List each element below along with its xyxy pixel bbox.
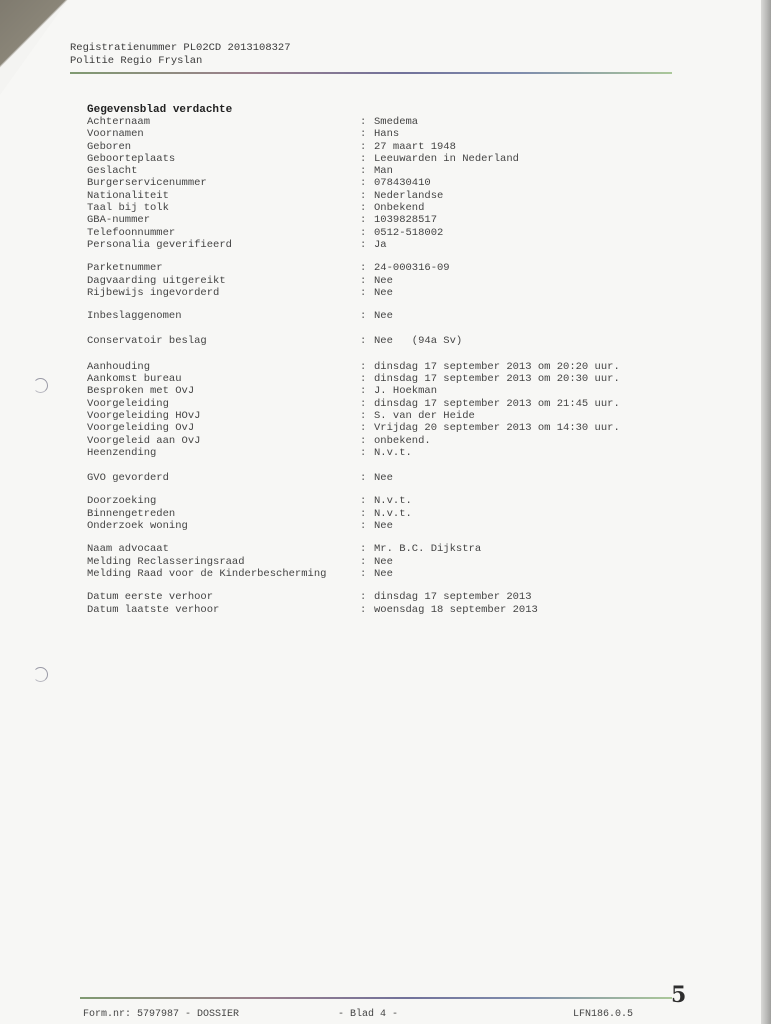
document-header: Registratienummer PL02CD 2013108327 Poli… <box>70 42 291 68</box>
field-value: 27 maart 1948 <box>374 141 456 153</box>
field-row: GVO gevorderd:Nee <box>87 472 687 484</box>
section-title: Gegevensblad verdachte <box>87 104 232 116</box>
field-value: dinsdag 17 september 2013 om 21:45 uur. <box>374 398 620 410</box>
field-separator: : <box>360 447 374 459</box>
scan-shadow-edge <box>761 0 771 1024</box>
field-separator: : <box>360 591 374 603</box>
field-separator: : <box>360 202 374 214</box>
field-label: Heenzending <box>87 447 360 459</box>
group-spacer <box>87 348 687 361</box>
field-value: J. Hoekman <box>374 385 437 397</box>
field-separator: : <box>360 568 374 580</box>
field-separator: : <box>360 287 374 299</box>
field-separator: : <box>360 556 374 568</box>
field-row: Naam advocaat:Mr. B.C. Dijkstra <box>87 543 687 555</box>
field-separator: : <box>360 165 374 177</box>
field-value: Nederlandse <box>374 190 443 202</box>
field-row: Datum eerste verhoor:dinsdag 17 septembe… <box>87 591 687 603</box>
field-value: N.v.t. <box>374 495 412 507</box>
punch-hole-icon <box>33 667 48 682</box>
field-label: Voorgeleiding <box>87 398 360 410</box>
group-spacer <box>87 580 687 591</box>
field-label: Geboren <box>87 141 360 153</box>
field-separator: : <box>360 335 374 347</box>
field-label: Voorgeleiding HOvJ <box>87 410 360 422</box>
field-value: Smedema <box>374 116 418 128</box>
field-value: Onbekend <box>374 202 424 214</box>
form-number: Form.nr: 5797987 - DOSSIER <box>83 1009 239 1020</box>
field-row: Geboorteplaats:Leeuwarden in Nederland <box>87 153 687 165</box>
field-row: Onderzoek woning:Nee <box>87 520 687 532</box>
field-separator: : <box>360 227 374 239</box>
field-separator: : <box>360 422 374 434</box>
field-value: Nee <box>374 310 393 322</box>
field-label: Voornamen <box>87 128 360 140</box>
field-value: dinsdag 17 september 2013 <box>374 591 532 603</box>
field-separator: : <box>360 495 374 507</box>
field-row: Conservatoir beslag:Nee (94a Sv) <box>87 335 687 347</box>
field-row: GBA-nummer:1039828517 <box>87 214 687 226</box>
field-row: Geslacht:Man <box>87 165 687 177</box>
field-label: Inbeslaggenomen <box>87 310 360 322</box>
field-row: Aankomst bureau:dinsdag 17 september 201… <box>87 373 687 385</box>
field-label: Dagvaarding uitgereikt <box>87 275 360 287</box>
group-spacer <box>87 532 687 543</box>
field-separator: : <box>360 385 374 397</box>
group-spacer <box>87 251 687 262</box>
field-row: Voorgeleid aan OvJ:onbekend. <box>87 435 687 447</box>
group-spacer <box>87 322 687 335</box>
field-label: Datum eerste verhoor <box>87 591 360 603</box>
field-separator: : <box>360 262 374 274</box>
group-spacer <box>87 299 687 310</box>
field-label: Parketnummer <box>87 262 360 274</box>
field-value: Nee <box>374 568 393 580</box>
field-separator: : <box>360 275 374 287</box>
field-row: Heenzending:N.v.t. <box>87 447 687 459</box>
field-row: Achternaam:Smedema <box>87 116 687 128</box>
field-label: Binnengetreden <box>87 508 360 520</box>
sheet-number: - Blad 4 - <box>338 1009 398 1020</box>
handwritten-page-number: 5 <box>671 982 686 1008</box>
field-row: Personalia geverifieerd:Ja <box>87 239 687 251</box>
header-divider <box>70 72 672 74</box>
field-row: Besproken met OvJ:J. Hoekman <box>87 385 687 397</box>
field-row: Melding Raad voor de Kinderbescherming:N… <box>87 568 687 580</box>
field-row: Dagvaarding uitgereikt:Nee <box>87 275 687 287</box>
field-label: Rijbewijs ingevorderd <box>87 287 360 299</box>
field-label: Besproken met OvJ <box>87 385 360 397</box>
field-label: Aankomst bureau <box>87 373 360 385</box>
field-value: Mr. B.C. Dijkstra <box>374 543 481 555</box>
field-value: onbekend. <box>374 435 431 447</box>
field-label: Datum laatste verhoor <box>87 604 360 616</box>
field-value: dinsdag 17 september 2013 om 20:20 uur. <box>374 361 620 373</box>
field-separator: : <box>360 239 374 251</box>
suspect-data-fields: Achternaam:SmedemaVoornamen:HansGeboren:… <box>87 116 687 616</box>
field-label: Geboorteplaats <box>87 153 360 165</box>
field-value: S. van der Heide <box>374 410 475 422</box>
field-label: Voorgeleiding OvJ <box>87 422 360 434</box>
field-label: Conservatoir beslag <box>87 335 360 347</box>
field-label: Onderzoek woning <box>87 520 360 532</box>
field-label: Melding Reclasseringsraad <box>87 556 360 568</box>
field-row: Binnengetreden:N.v.t. <box>87 508 687 520</box>
field-label: Nationaliteit <box>87 190 360 202</box>
field-separator: : <box>360 214 374 226</box>
field-separator: : <box>360 604 374 616</box>
field-label: Achternaam <box>87 116 360 128</box>
field-separator: : <box>360 116 374 128</box>
field-separator: : <box>360 435 374 447</box>
field-separator: : <box>360 177 374 189</box>
organization-name: Politie Regio Fryslan <box>70 55 291 68</box>
punch-hole-icon <box>33 378 48 393</box>
field-value: Vrijdag 20 september 2013 om 14:30 uur. <box>374 422 620 434</box>
field-separator: : <box>360 128 374 140</box>
field-label: Aanhouding <box>87 361 360 373</box>
field-label: Burgerservicenummer <box>87 177 360 189</box>
field-separator: : <box>360 310 374 322</box>
field-row: Doorzoeking:N.v.t. <box>87 495 687 507</box>
field-separator: : <box>360 520 374 532</box>
field-value: Nee <box>374 520 393 532</box>
field-label: Naam advocaat <box>87 543 360 555</box>
field-value: Nee (94a Sv) <box>374 335 462 347</box>
field-label: GVO gevorderd <box>87 472 360 484</box>
field-row: Taal bij tolk:Onbekend <box>87 202 687 214</box>
field-separator: : <box>360 190 374 202</box>
field-row: Datum laatste verhoor:woensdag 18 septem… <box>87 604 687 616</box>
field-separator: : <box>360 410 374 422</box>
field-label: Taal bij tolk <box>87 202 360 214</box>
field-value: woensdag 18 september 2013 <box>374 604 538 616</box>
field-separator: : <box>360 373 374 385</box>
field-label: Telefoonnummer <box>87 227 360 239</box>
field-separator: : <box>360 472 374 484</box>
field-value: Nee <box>374 287 393 299</box>
field-row: Parketnummer:24-000316-09 <box>87 262 687 274</box>
field-row: Voorgeleiding OvJ:Vrijdag 20 september 2… <box>87 422 687 434</box>
field-value: 24-000316-09 <box>374 262 450 274</box>
field-value: Man <box>374 165 393 177</box>
field-value: N.v.t. <box>374 508 412 520</box>
field-row: Nationaliteit:Nederlandse <box>87 190 687 202</box>
field-row: Aanhouding:dinsdag 17 september 2013 om … <box>87 361 687 373</box>
field-label: Melding Raad voor de Kinderbescherming <box>87 568 360 580</box>
registration-number: Registratienummer PL02CD 2013108327 <box>70 42 291 55</box>
field-value: 0512-518002 <box>374 227 443 239</box>
field-separator: : <box>360 153 374 165</box>
field-row: Rijbewijs ingevorderd:Nee <box>87 287 687 299</box>
field-row: Inbeslaggenomen:Nee <box>87 310 687 322</box>
group-spacer <box>87 459 687 472</box>
field-label: GBA-nummer <box>87 214 360 226</box>
field-value: Nee <box>374 275 393 287</box>
field-row: Voornamen:Hans <box>87 128 687 140</box>
field-label: Doorzoeking <box>87 495 360 507</box>
field-value: Nee <box>374 472 393 484</box>
field-label: Geslacht <box>87 165 360 177</box>
field-separator: : <box>360 398 374 410</box>
field-separator: : <box>360 141 374 153</box>
field-row: Voorgeleiding:dinsdag 17 september 2013 … <box>87 398 687 410</box>
field-value: Leeuwarden in Nederland <box>374 153 519 165</box>
field-separator: : <box>360 543 374 555</box>
field-separator: : <box>360 508 374 520</box>
field-label: Personalia geverifieerd <box>87 239 360 251</box>
form-code: LFN186.0.5 <box>573 1009 633 1020</box>
field-row: Geboren:27 maart 1948 <box>87 141 687 153</box>
field-value: dinsdag 17 september 2013 om 20:30 uur. <box>374 373 620 385</box>
field-row: Melding Reclasseringsraad:Nee <box>87 556 687 568</box>
footer-divider <box>80 997 672 999</box>
field-value: Hans <box>374 128 399 140</box>
field-label: Voorgeleid aan OvJ <box>87 435 360 447</box>
field-value: N.v.t. <box>374 447 412 459</box>
field-value: Ja <box>374 239 387 251</box>
group-spacer <box>87 484 687 495</box>
field-row: Voorgeleiding HOvJ:S. van der Heide <box>87 410 687 422</box>
field-row: Burgerservicenummer:078430410 <box>87 177 687 189</box>
field-value: Nee <box>374 556 393 568</box>
field-separator: : <box>360 361 374 373</box>
field-value: 078430410 <box>374 177 431 189</box>
field-row: Telefoonnummer:0512-518002 <box>87 227 687 239</box>
field-value: 1039828517 <box>374 214 437 226</box>
